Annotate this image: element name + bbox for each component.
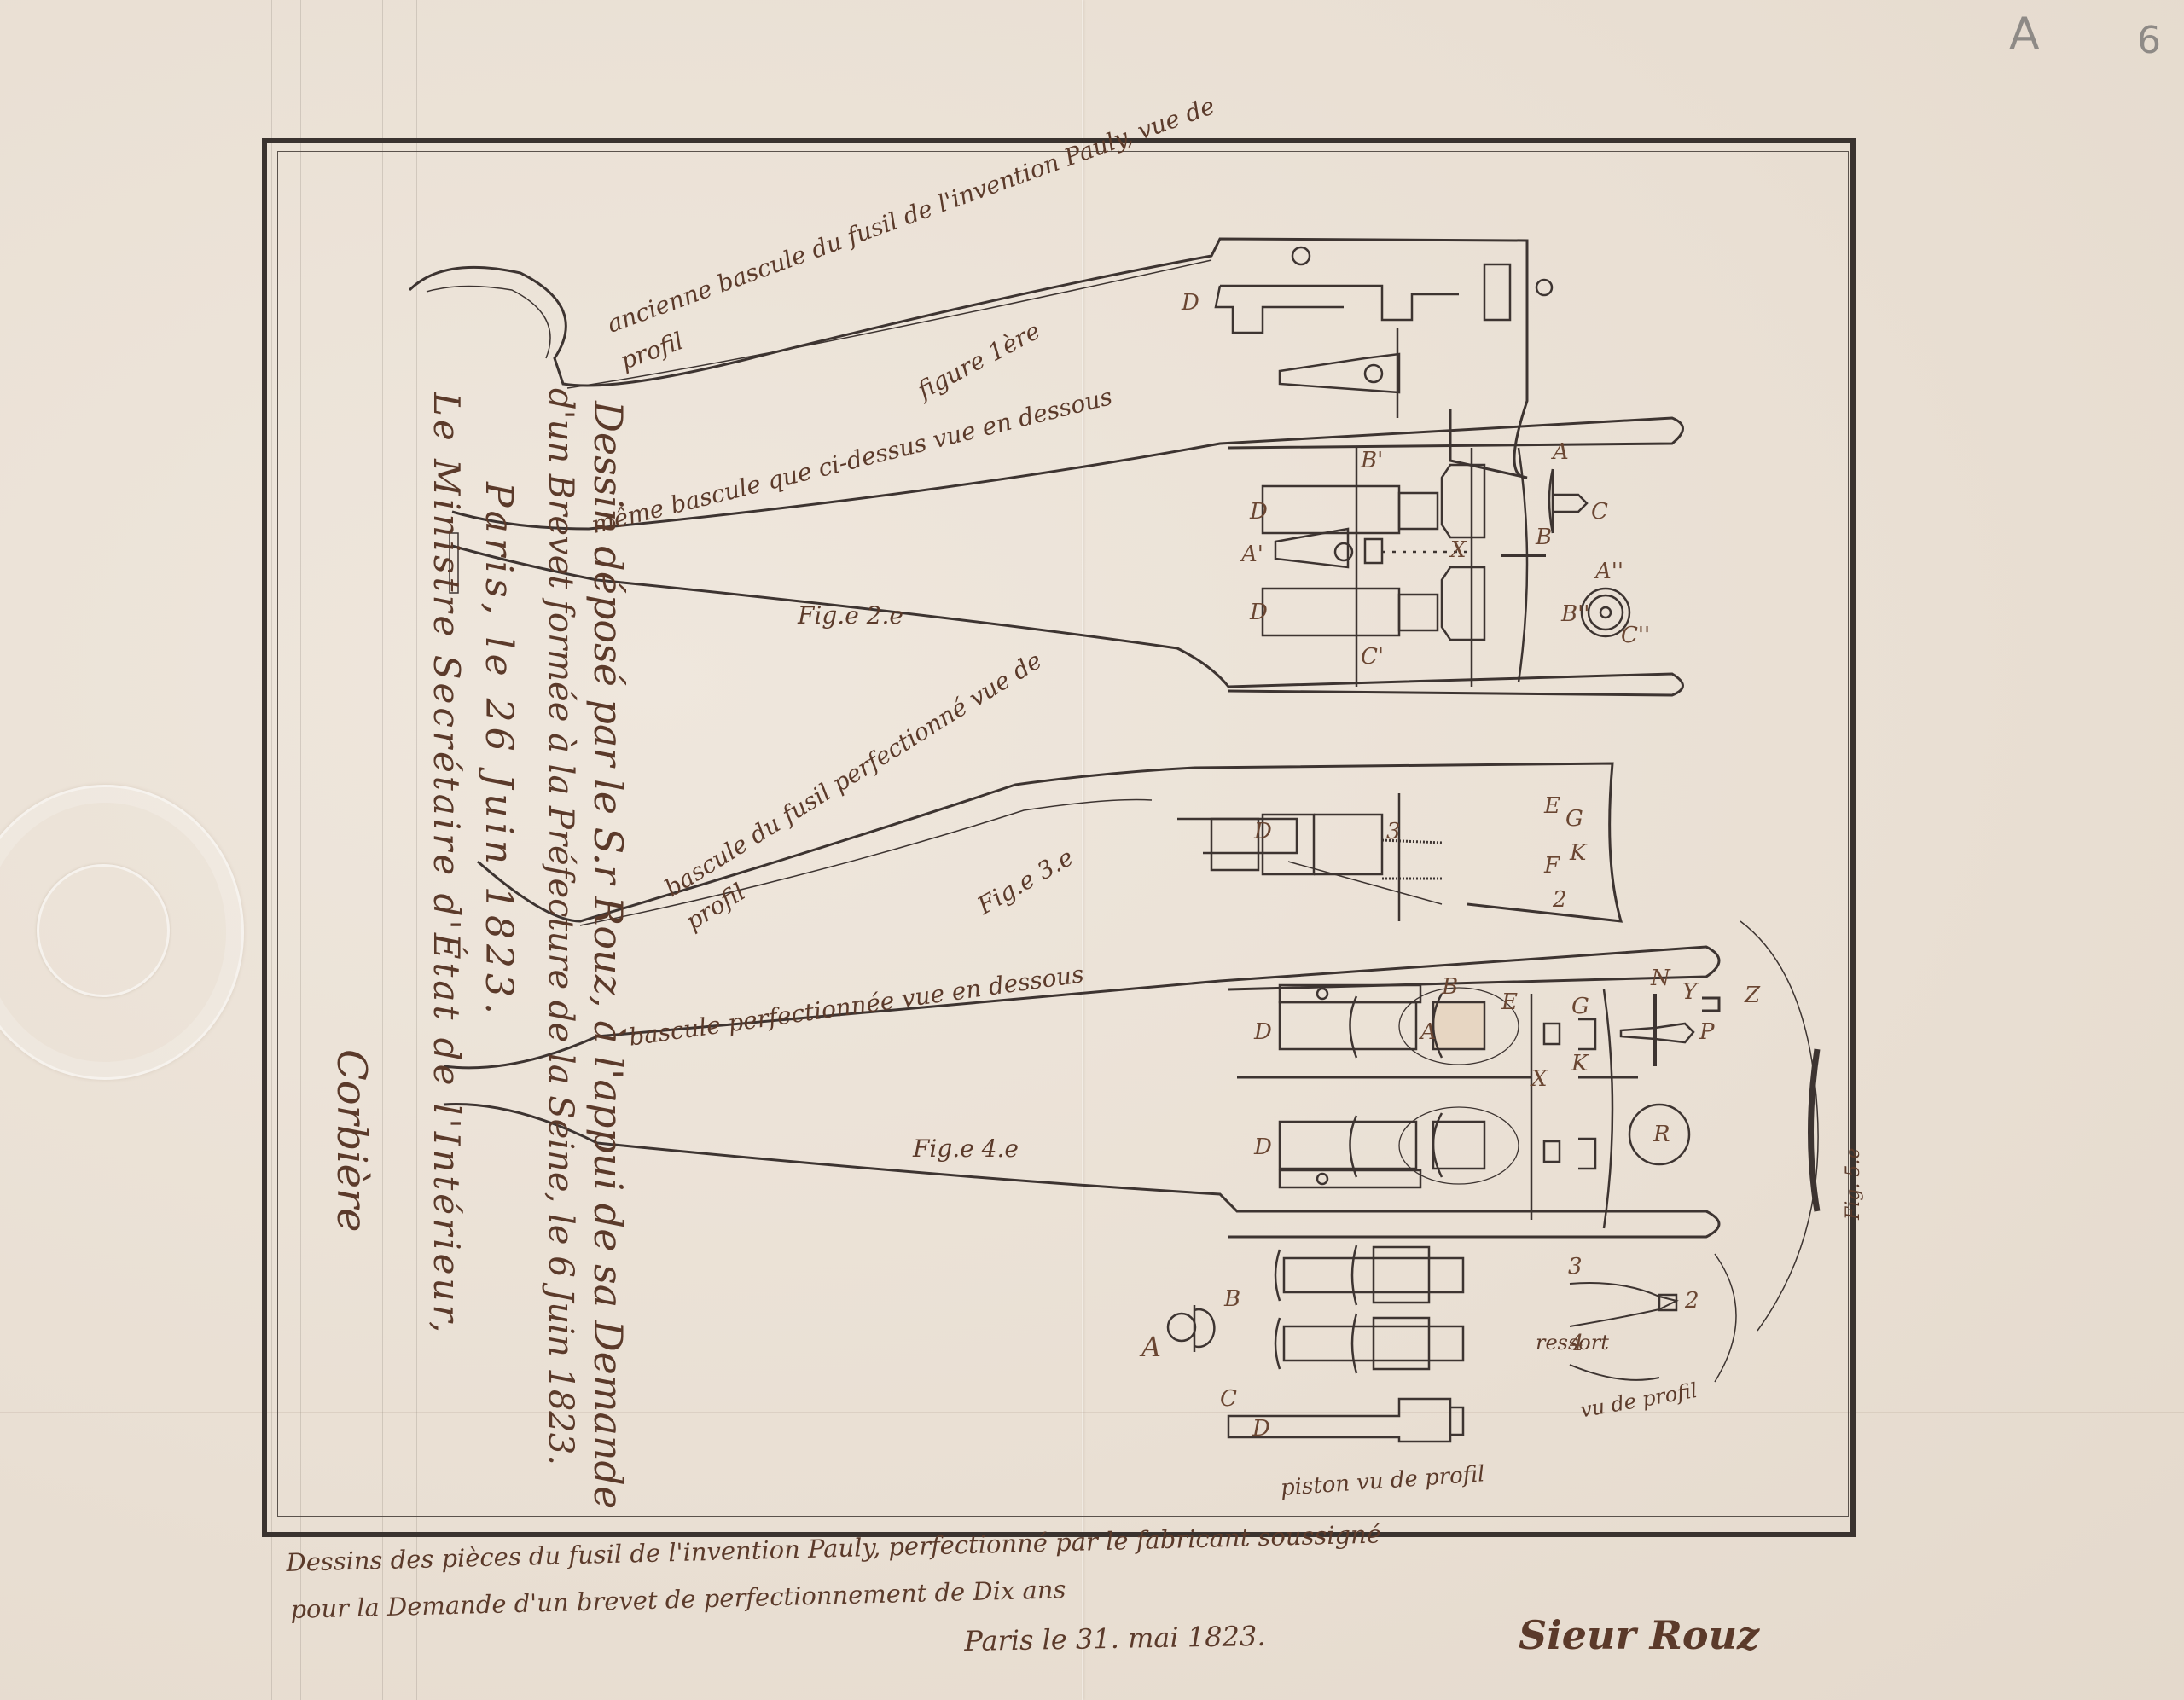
fig4-label-e: E (1501, 989, 1518, 1015)
fig3-label-k: K (1570, 840, 1586, 866)
fig2-label-c-prime: C' (1361, 644, 1384, 670)
fig2-label-a: A (1553, 439, 1569, 465)
fig2-label-a-double: A'' (1595, 559, 1623, 584)
fig3-label-2: 2 (1553, 887, 1567, 913)
fig5-label-2: 2 (1685, 1288, 1699, 1314)
fig4-label-k: K (1571, 1051, 1588, 1076)
fig2-label-x: X (1450, 537, 1467, 563)
certification-line-4: Le Ministre Secrétaire d'État de l'Intér… (426, 392, 468, 1336)
fig2-label-b: B (1536, 525, 1552, 550)
fig3-label-e: E (1544, 793, 1560, 819)
maker-signature: Sieur Rouz (1519, 1612, 1759, 1658)
fig5-label-c-ring: C (1220, 1386, 1237, 1412)
fig5-label-a-ring: A (1141, 1331, 1161, 1363)
figure-3-drawing (478, 763, 1621, 925)
fig1-label-d: D (1182, 290, 1199, 316)
fig2-label-d-upper: D (1250, 499, 1268, 525)
figure-2-title: Fig.e 2.e (798, 601, 903, 630)
fig2-label-a-prime: A' (1241, 542, 1263, 567)
fig2-label-d-lower: D (1250, 600, 1268, 625)
fig3-label-f: F (1544, 853, 1560, 879)
fig4-label-a: A (1420, 1019, 1437, 1045)
fig2-label-c-double: C'' (1621, 623, 1650, 648)
fig4-label-g: G (1571, 994, 1589, 1019)
fig2-label-c: C (1591, 499, 1608, 525)
fig4-label-n: N (1651, 966, 1670, 991)
fig4-label-b: B (1442, 974, 1458, 1000)
technical-drawings (0, 0, 2184, 1700)
fig5-label-4: 4 (1570, 1331, 1584, 1356)
fig4-label-d-lower: D (1254, 1134, 1272, 1160)
certification-line-1: Dessin déposé par le S.r Rouz, à l'appui… (585, 401, 631, 1509)
fig5-label-3: 3 (1568, 1254, 1583, 1279)
fig3-label-g: G (1565, 806, 1583, 832)
fig4-label-x: X (1531, 1066, 1548, 1092)
fig4-label-z: Z (1745, 983, 1760, 1008)
certification-line-2: d'un Brevet formée à la Préfecture de la… (541, 388, 580, 1465)
fig4-label-p: P (1699, 1019, 1715, 1045)
fig3-label-d: D (1254, 819, 1272, 844)
footer-date: Paris le 31. mai 1823. (964, 1620, 1266, 1657)
figure-4-title: Fig.e 4.e (913, 1134, 1019, 1163)
fig4-label-r: R (1653, 1122, 1670, 1147)
minister-signature: Corbière (328, 1049, 375, 1232)
figure-4-drawing (444, 921, 1818, 1331)
fig4-label-y: Y (1682, 979, 1697, 1005)
figure-5-drawing (1168, 1245, 1736, 1442)
fig3-label-3: 3 (1386, 819, 1401, 844)
fig5-label-d-piston: D (1252, 1416, 1270, 1442)
fig5-label-b-ring: B (1224, 1286, 1240, 1312)
fig2-label-b-double: B'' (1561, 601, 1589, 627)
fig2-label-b-prime: B' (1361, 448, 1383, 473)
fig4-label-d-upper: D (1254, 1019, 1272, 1045)
figure-5-title: Fig. 5.e (1843, 1148, 1864, 1220)
certification-line-3: Paris, le 26 Juin 1823. (477, 482, 520, 1019)
